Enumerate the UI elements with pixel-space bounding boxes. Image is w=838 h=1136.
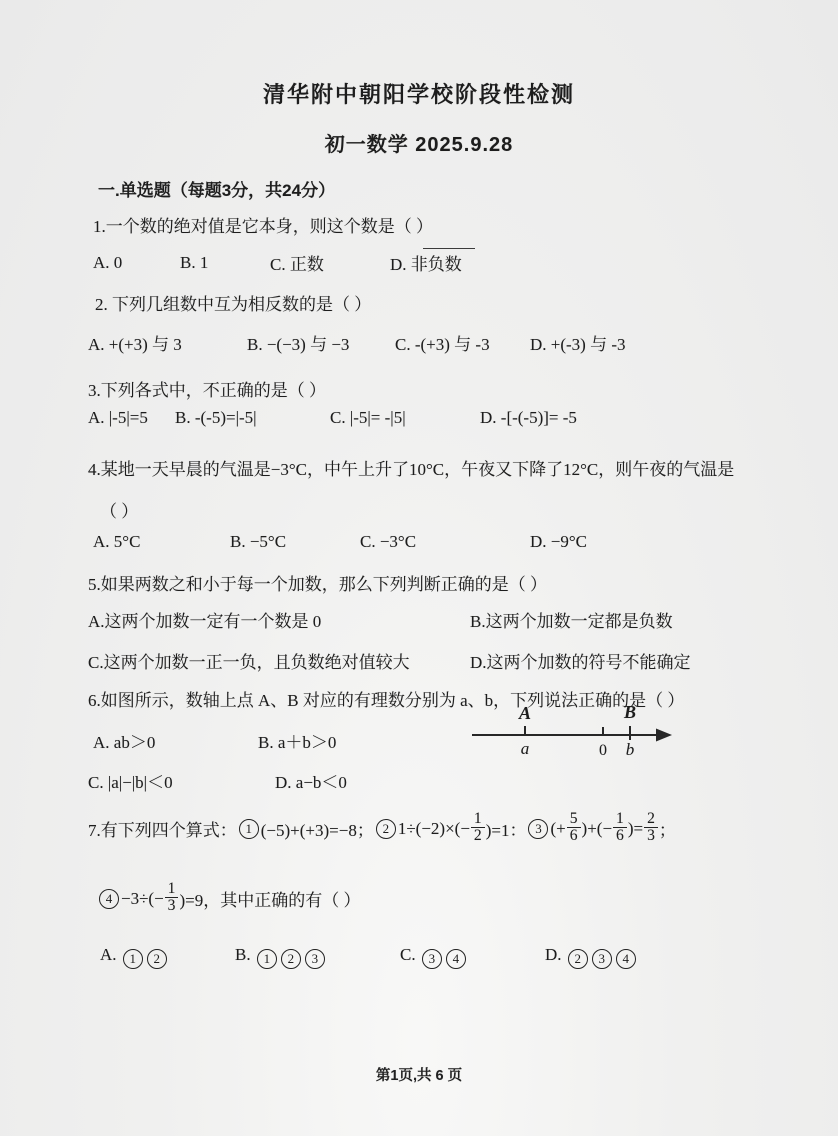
question-7-options: A. 12 B. 123 C. 34 D. 234 [100, 945, 798, 969]
q5-option-b: B.这两个加数一定都是负数 [470, 607, 673, 632]
axis-arrowhead-icon [656, 729, 672, 742]
q7-option-a: A. 12 [100, 945, 235, 969]
page-title: 清华附中朝阳学校阶段性检测 [0, 78, 838, 109]
q1-option-c: C. 正数 [270, 250, 390, 275]
q7-option-c: C. 34 [400, 945, 545, 969]
question-3-options: A. |-5|=5 B. -(-5)=|-5| C. |-5|= -|5| D.… [88, 408, 798, 428]
origin-label: 0 [599, 742, 607, 759]
question-4-stem: 4.某地一天早晨的气温是−3°C，中午上升了10°C，午夜又下降了12°C，则午… [88, 455, 734, 480]
q5-option-a: A.这两个加数一定有一个数是 0 [88, 607, 470, 632]
question-1-options: A. 0 B. 1 C. 正数 D. 非负数 [93, 250, 798, 275]
section-heading: 一.单选题（每题3分，共24分） [98, 176, 335, 201]
q2-option-a: A. +(+3) 与 3 [88, 330, 247, 355]
q1-option-a: A. 0 [93, 253, 180, 273]
q3-option-d: D. -[-(-5)]= -5 [480, 408, 577, 428]
point-a-label: A [518, 703, 531, 723]
q2-option-c: C. -(+3) 与 -3 [395, 330, 530, 355]
question-6-options-row2: C. |a|−|b|＜0 D. a−b＜0 [88, 768, 508, 793]
question-5-options-row2: C.这两个加数一正一负，且负数绝对值较大 D.这两个加数的符号不能确定 [88, 648, 798, 673]
q1-option-d-label: D. 非负数 [390, 255, 462, 274]
q4-option-a: A. 5°C [93, 532, 230, 552]
page-number-footer: 第1页,共 6 页 [0, 1064, 838, 1085]
q4-option-b: B. −5°C [230, 532, 360, 552]
question-4-options: A. 5°C B. −5°C C. −3°C D. −9°C [93, 532, 798, 552]
q7-option-b: B. 123 [235, 945, 400, 969]
question-5-options-row1: A.这两个加数一定有一个数是 0 B.这两个加数一定都是负数 [88, 607, 798, 632]
question-2-options: A. +(+3) 与 3 B. −(−3) 与 −3 C. -(+3) 与 -3… [88, 330, 798, 355]
q7-option-d: D. 234 [545, 945, 638, 969]
q6-option-c: C. |a|−|b|＜0 [88, 768, 275, 793]
q2-option-d: D. +(-3) 与 -3 [530, 330, 626, 355]
q1-option-d: D. 非负数 [390, 250, 462, 275]
exam-paper-page: 清华附中朝阳学校阶段性检测 初一数学 2025.9.28 一.单选题（每题3分，… [0, 0, 838, 1136]
question-4-stem-cont: （ ） [100, 497, 138, 522]
q3-option-c: C. |-5|= -|5| [330, 408, 480, 428]
coord-b-label: b [626, 740, 635, 759]
q3-option-b: B. -(-5)=|-5| [175, 408, 330, 428]
question-2-stem: 2. 下列几组数中互为相反数的是（ ） [95, 290, 371, 315]
q6-option-a: A. ab＞0 [93, 728, 258, 753]
q5-option-d: D.这两个加数的符号不能确定 [470, 648, 691, 673]
question-5-stem: 5.如果两数之和小于每一个加数，那么下列判断正确的是（ ） [88, 570, 547, 595]
number-line-figure: A a 0 B b [470, 702, 675, 760]
question-3-stem: 3.下列各式中，不正确的是（ ） [88, 376, 326, 401]
coord-a-label: a [521, 739, 530, 758]
q6-option-b: B. a＋b＞0 [258, 728, 336, 753]
question-6-options-row1: A. ab＞0 B. a＋b＞0 [93, 728, 453, 753]
q3-option-a: A. |-5|=5 [88, 408, 175, 428]
question-7-stem-line2: 4 −3÷(−13)=9，其中正确的有（ ） [97, 882, 360, 916]
point-b-label: B [623, 702, 636, 722]
q6-option-d: D. a−b＜0 [275, 768, 347, 793]
question-1-stem: 1.一个数的绝对值是它本身，则这个数是（ ） [93, 212, 433, 237]
q1-option-b: B. 1 [180, 253, 270, 273]
exam-subtitle: 初一数学 2025.9.28 [0, 128, 838, 157]
q2-option-b: B. −(−3) 与 −3 [247, 330, 395, 355]
q4-option-d: D. −9°C [530, 532, 587, 552]
stray-overline-mark [423, 248, 475, 249]
q4-option-c: C. −3°C [360, 532, 530, 552]
question-7-stem-line1: 7.有下列四个算式：1 (−5)+(+3)=−8；2 1÷(−2)×(−12)=… [88, 812, 676, 846]
q5-option-c: C.这两个加数一正一负，且负数绝对值较大 [88, 648, 470, 673]
